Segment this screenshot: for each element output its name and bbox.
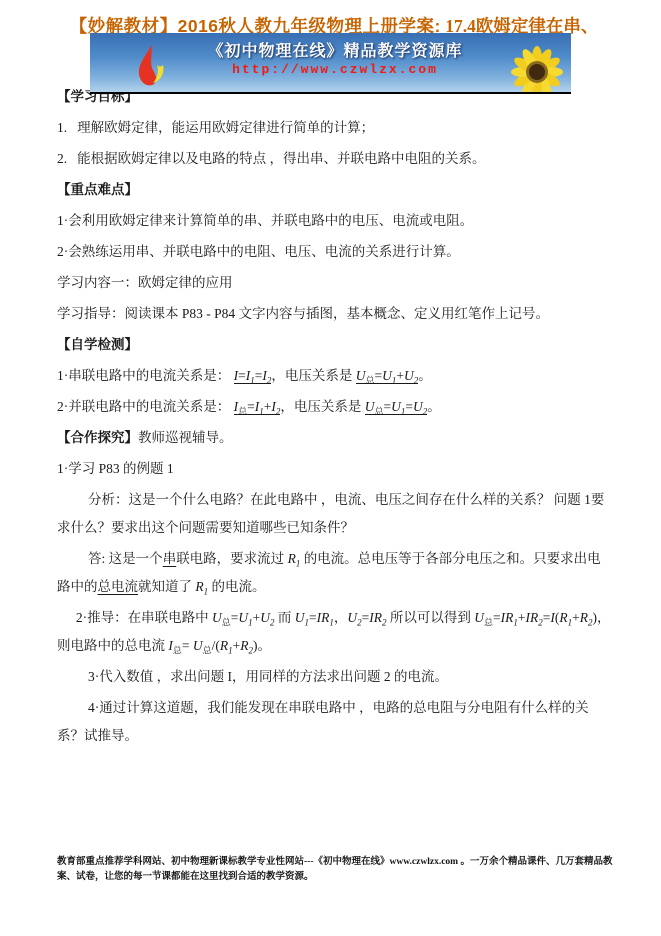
analysis-paragraph: 分析：这是一个什么电路？在此电路中 ，电流、电压之间存在什么样的关系？ 问题 1…	[57, 486, 613, 542]
answer-part-b: 联电路，要求流过	[176, 551, 287, 566]
answer-part-e: 的电流。	[208, 579, 265, 594]
content-one-line: 学习内容一：欧姆定律的应用	[57, 269, 613, 297]
formula-i-total: I总= U总/(R1+R2)	[168, 638, 257, 653]
step4-paragraph: 4·通过计算这道题，我们能发现在串联电路中 ，电路的总电阻与分电阻有什么样的关系…	[57, 694, 613, 750]
site-banner: 《初中物理在线》精品教学资源库 http://www.czwlzx.com	[90, 33, 571, 94]
self-test-1-prefix: 1·串联电路中的电流关系是：	[57, 368, 234, 383]
self-test-item-1: 1·串联电路中的电流关系是： I=I1=I2，电压关系是 U总=U1+U2。	[57, 362, 613, 390]
formula-u1-ir1: U1=IR1	[295, 610, 334, 625]
cooperate-heading-text: 【合作探究】	[57, 430, 138, 445]
document-page: 《初中物理在线》精品教学资源库 http://www.czwlzx.com	[0, 0, 661, 936]
goal-item-2: 2.能根据欧姆定律以及电路的特点 ，得出串、并联电路中电阻的关系。	[57, 145, 613, 173]
formula-series-voltage: U总=U1+U2	[356, 368, 419, 384]
formula-r1-second: R1	[195, 579, 208, 594]
goal-item-2-number: 2.	[57, 151, 67, 166]
document-body: 【学习目标】 1.理解欧姆定律，能运用欧姆定律进行简单的计算； 2.能根据欧姆定…	[57, 83, 613, 750]
site-title: 《初中物理在线》精品教学资源库	[180, 38, 490, 61]
promo-footer: 教育部重点推荐学科网站、初中物理新课标教学专业性网站---《初中物理在线》www…	[57, 855, 617, 885]
formula-u-total-sum: U总=U1+U2	[212, 610, 275, 625]
step3-paragraph: 3·代入数值 ，求出问题 I，用同样的方法求出问题 2 的电流。	[57, 663, 613, 691]
formula-u-total-expand: U总=IR1+IR2=I(R1+R2)	[474, 610, 597, 625]
example-line: 1·学习 P83 的例题 1	[57, 455, 613, 483]
study-guide-line: 学习指导：阅读课本 P83 - P84 文字内容与插图，基本概念、定义用红笔作上…	[57, 300, 613, 328]
site-logo-flame-icon	[130, 43, 172, 89]
answer-blank-total-current: 总电流	[98, 579, 139, 594]
goal-item-2-text: 能根据欧姆定律以及电路的特点 ，得出串、并联电路中电阻的关系。	[77, 151, 485, 166]
self-test-1-end: 。	[418, 368, 432, 383]
sunflower-image	[493, 40, 569, 94]
self-test-item-2: 2·并联电路中的电流关系是： I总=I1+I2，电压关系是 U总=U1=U2。	[57, 393, 613, 421]
cooperate-note: 教师巡视辅导。	[138, 430, 233, 445]
derivation-part-d: 所以可以得到	[387, 610, 475, 625]
formula-r1: R1	[288, 551, 301, 566]
heading-cooperate: 【合作探究】教师巡视辅导。	[57, 424, 613, 452]
key-point-1: 1·会利用欧姆定律来计算简单的串、并联电路中的电压、电流或电阻。	[57, 207, 613, 235]
site-url: http://www.czwlzx.com	[180, 62, 490, 77]
answer-paragraph: 答: 这是一个串联电路，要求流过 R1 的电流。总电压等于各部分电压之和。只要求…	[57, 545, 613, 601]
formula-series-current: I=I1=I2	[234, 368, 272, 384]
self-test-1-mid: ，电压关系是	[271, 368, 355, 383]
derivation-paragraph: 2·推导：在串联电路中 U总=U1+U2 而 U1=IR1，U2=IR2 所以可…	[57, 604, 613, 660]
formula-parallel-current: I总=I1+I2	[234, 399, 281, 415]
derivation-part-b: 而	[275, 610, 295, 625]
derivation-part-c: ，	[334, 610, 348, 625]
answer-part-a: 答: 这是一个	[88, 551, 163, 566]
banner-text-block: 《初中物理在线》精品教学资源库 http://www.czwlzx.com	[180, 38, 490, 77]
formula-parallel-voltage: U总=U1=U2	[365, 399, 428, 415]
self-test-2-mid: ，电压关系是	[280, 399, 364, 414]
self-test-2-prefix: 2·并联电路中的电流关系是：	[57, 399, 234, 414]
key-point-2: 2·会熟练运用串、并联电路中的电阻、电压、电流的关系进行计算。	[57, 238, 613, 266]
goal-item-1-text: 理解欧姆定律，能运用欧姆定律进行简单的计算；	[77, 120, 374, 135]
formula-u2-ir2: U2=IR2	[347, 610, 386, 625]
derivation-part-f: 。	[258, 638, 272, 653]
heading-self-test: 【自学检测】	[57, 331, 613, 359]
answer-part-d: 就知道了	[138, 579, 195, 594]
derivation-part-a: 2·推导：在串联电路中	[76, 610, 212, 625]
goal-item-1: 1.理解欧姆定律，能运用欧姆定律进行简单的计算；	[57, 114, 613, 142]
self-test-2-end: 。	[427, 399, 441, 414]
answer-blank-series: 串	[163, 551, 177, 566]
heading-key-points: 【重点难点】	[57, 176, 613, 204]
goal-item-1-number: 1.	[57, 120, 67, 135]
